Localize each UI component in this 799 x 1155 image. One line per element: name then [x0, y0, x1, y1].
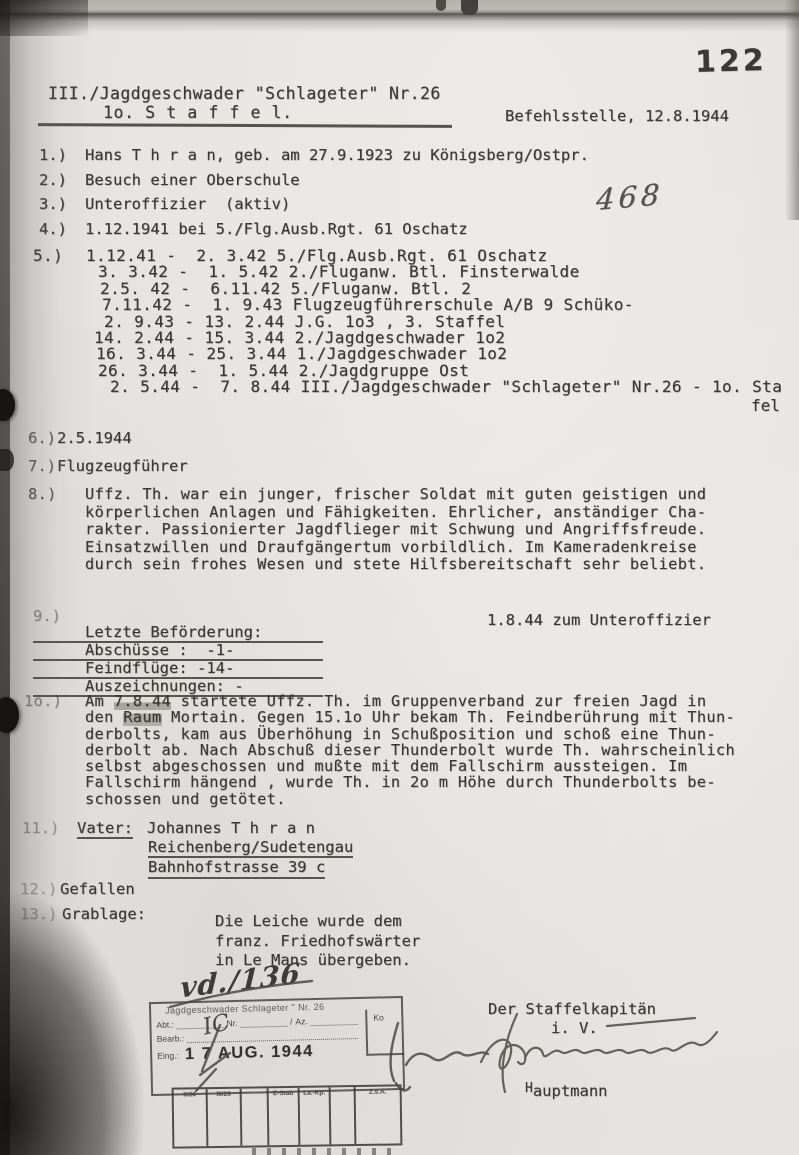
grave-line: franz. Friedhofswärter: [215, 932, 420, 952]
squiggle-stroke: [406, 1052, 488, 1065]
pencil-marked-word: Raum: [123, 708, 161, 726]
item-text: 1.12.1941 bei 5./Flg.Ausb.Rgt. 61 Oschat…: [85, 221, 799, 238]
az-label: Az.: [295, 1016, 308, 1026]
report-line: Am 7.8.44 startete Uffz. Th. im Gruppenv…: [85, 693, 799, 709]
report-line: derbolt ab. Nach Abschuß dieser Thunderb…: [85, 742, 799, 758]
title-underline: [38, 123, 452, 127]
item-6-promotion-date: 6.) 2.5.1944: [0, 430, 799, 447]
item-text: Hans T h r a n, geb. am 27.9.1923 zu Kön…: [85, 147, 799, 164]
slash: /: [290, 1017, 293, 1027]
item-9-stats: 9.) Letzte Beförderung: Abschüsse : -1- …: [33, 607, 323, 697]
report-line: derbolts, kam aus Überhöhung in Schußpos…: [85, 726, 799, 742]
report-line: selbst abgeschossen und mußte mit dem Fa…: [85, 758, 799, 774]
item-3-rank: 3.) Unteroffizier (aktiv): [0, 196, 799, 213]
item-number: 4.): [39, 221, 67, 238]
unit-title-line2: 1o. S t a f f e l.: [103, 103, 293, 122]
item-1-name: 1.) Hans T h r a n, geb. am 27.9.1923 zu…: [0, 147, 799, 164]
item-text: Besuch einer Oberschule: [85, 172, 799, 189]
report-text: Am: [85, 692, 114, 710]
scan-top-mark: [436, 0, 446, 11]
bearb-label: Bearb.:: [157, 1033, 185, 1044]
rank-initial: H: [525, 1081, 533, 1096]
item-number: 6.): [28, 430, 56, 447]
item-number: 13.): [20, 906, 57, 923]
item-number: 2.): [39, 172, 67, 189]
service-row: 2. 5.44 - 7. 8.44 III./Jagdgeschwader "S…: [100, 379, 799, 395]
rank-rest: auptmann: [533, 1082, 608, 1100]
assessment-line: körperlichen Anlagen und Fähigkeiten. Eh…: [85, 504, 799, 522]
stamp-abt-row: Abt.: Nr. / Az.: [156, 1015, 357, 1030]
assessment-line: durch sein frohes Wesen und stete Hilfsb…: [85, 556, 799, 574]
scan-top-mark: [461, 0, 478, 15]
grave-details: Die Leiche wurde dem franz. Friedhofswär…: [215, 912, 420, 971]
signature-iv: i. V.: [551, 1019, 598, 1037]
item-number: 1o.): [24, 693, 62, 709]
stamp-box: [331, 1087, 357, 1144]
handwritten-registry-note: vd./136: [180, 956, 302, 1004]
item-number: 1.): [39, 147, 67, 164]
page-number: 122: [695, 43, 768, 80]
stamp-box: II/26: [174, 1089, 209, 1146]
assessment-line: rakter. Passionierter Jagdflieger mit Sc…: [85, 521, 799, 539]
item-text: Flugzeugführer: [57, 458, 799, 475]
grave-label: Grablage:: [62, 906, 799, 923]
item-10-combat-report: 1o.) Am 7.8.44 startete Uffz. Th. im Gru…: [0, 693, 799, 807]
father-street: Bahnhofstrasse 39 c: [148, 858, 325, 879]
handwritten-department-mark: IC: [201, 1010, 233, 1041]
stamp-box: III/26: [208, 1089, 243, 1146]
item-5-service-record: 5.) 1.12.41 - 2. 3.42 5./Flg.Ausb.Rgt. 6…: [0, 248, 799, 396]
item-number: 8.): [28, 486, 57, 504]
abt-label: Abt.:: [156, 1020, 174, 1030]
item-text: Unteroffizier (aktiv): [85, 196, 799, 213]
father-city: Reichenberg/Sudetengau: [148, 838, 353, 859]
pencil-underlined-date: 7.8.44: [114, 692, 171, 710]
signature-title: Der Staffelkapitän: [488, 1000, 656, 1018]
item-8-assessment: 8.) Uffz. Th. war ein junger, frischer S…: [0, 486, 799, 574]
item-7-duty: 7.) Flugzeugführer: [0, 458, 799, 475]
report-text: Mortain. Gegen 15.1o Uhr bekam Th. Feind…: [162, 708, 736, 726]
place-date: Befehlsstelle, 12.8.1944: [505, 107, 729, 125]
stamp-distribution-boxes: II/26 III/26 E-Stab La.-Kp. Z.s.A.: [172, 1084, 403, 1148]
stamp-box: [242, 1088, 270, 1145]
grave-line: Die Leiche wurde dem: [215, 912, 420, 932]
stamp-box: E-Stab: [269, 1088, 301, 1145]
unit-receipt-stamp: Jagdgeschwader Schlageter " Nr. 26 Ko Ab…: [149, 996, 405, 1096]
stamp-box: Z.s.A.: [356, 1086, 401, 1144]
promotion-note: 1.8.44 zum Unteroffizier: [487, 611, 711, 629]
item-number: 7.): [28, 458, 56, 475]
item-number: 11.): [22, 819, 59, 838]
item-4-enlistment: 4.) 1.12.1941 bei 5./Flg.Ausb.Rgt. 61 Os…: [0, 221, 799, 238]
stamp-header: Jagdgeschwader Schlageter " Nr. 26: [151, 998, 401, 1016]
document-page: 122 III./Jagdgeschwader "Schlageter" Nr.…: [0, 0, 799, 1155]
stamp-eing-row: Eing.: 1 7 AUG. 1944: [157, 1041, 358, 1065]
assessment-line: Einsatzwillen und Draufgängertum vorbild…: [85, 539, 799, 557]
item-12-status: 12.) Gefallen: [0, 881, 799, 898]
stamp-box: La.-Kp.: [300, 1087, 332, 1144]
father-name: Johannes T h r a n: [147, 819, 315, 837]
item-number: 12.): [20, 881, 57, 898]
stamp-ko-cell: Ko: [365, 1009, 404, 1056]
service-row-continuation: fel: [751, 396, 780, 415]
report-line: Fallschirm hängend , wurde Th. in 2o m H…: [85, 774, 799, 790]
item-11-father: 11.) Vater:Johannes T h r a n Reichenber…: [0, 819, 799, 879]
binding-corner-shadow: [0, 0, 88, 36]
eing-label: Eing.:: [157, 1050, 179, 1061]
scan-top-edge: [0, 0, 799, 32]
cutoff-text-fragment: [252, 1148, 402, 1155]
item-number: 3.): [39, 196, 67, 213]
binding-notch: [0, 449, 14, 471]
father-label: Vater:: [77, 819, 133, 839]
date-stamp: 1 7 AUG. 1944: [185, 1042, 314, 1064]
item-number: 5.): [33, 248, 63, 264]
item-text: 2.5.1944: [57, 430, 799, 447]
item-number: 9.): [33, 607, 61, 625]
item-2-education: 2.) Besuch einer Oberschule: [0, 172, 799, 189]
report-text: den: [85, 708, 123, 726]
unit-title-line1: III./Jagdgeschwader "Schlageter" Nr.26: [48, 84, 441, 103]
report-line: schossen und getötet.: [85, 791, 799, 807]
signature-rank: Hauptmann: [525, 1082, 607, 1100]
report-line: den Raum Mortain. Gegen 15.1o Uhr bekam …: [85, 709, 799, 725]
report-text: startete Uffz. Th. im Gruppenverband zur…: [171, 692, 706, 710]
item-text: Gefallen: [60, 881, 799, 898]
dotted-line: [240, 1018, 287, 1028]
assessment-line: Uffz. Th. war ein junger, frischer Solda…: [85, 486, 799, 504]
dotted-line: [311, 1016, 358, 1026]
